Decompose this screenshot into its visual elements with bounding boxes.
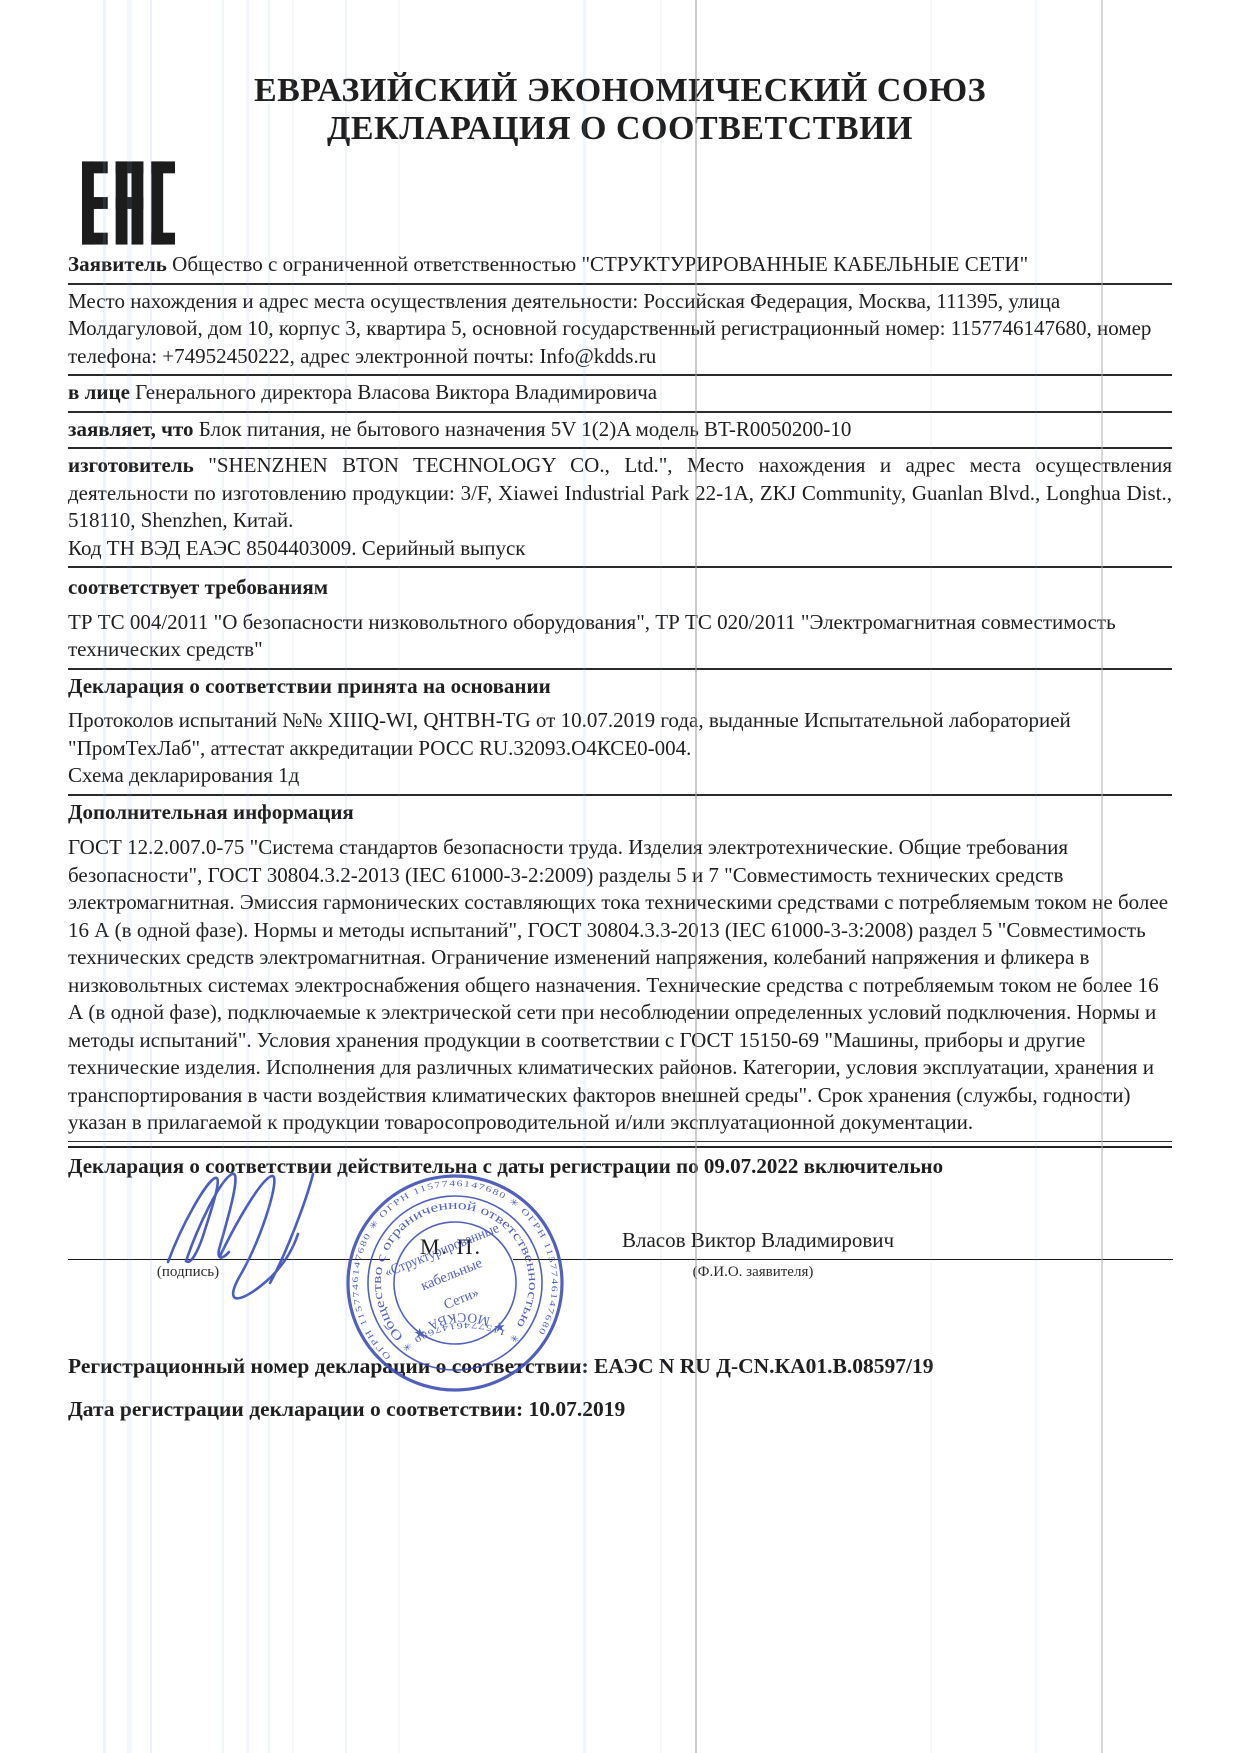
manufacturer-row: изготовитель "SHENZHEN BTON TECHNOLOGY C… (68, 449, 1172, 568)
declarant-name: Власов Виктор Владимирович (548, 1228, 968, 1253)
document-title: ЕВРАЗИЙСКИЙ ЭКОНОМИЧЕСКИЙ СОЮЗ ДЕКЛАРАЦИ… (68, 72, 1172, 148)
basis-text: Протоколов испытаний №№ XIIIQ-WI, QHTBH-… (68, 707, 1172, 762)
registration-number-line: Регистрационный номер декларации о соотв… (68, 1352, 1172, 1380)
additional-text-row: ГОСТ 12.2.007.0-75 "Система стандартов б… (68, 830, 1172, 1142)
manufacturer-label: изготовитель (68, 453, 194, 477)
address-text: Место нахождения и адрес места осуществл… (68, 288, 1172, 371)
additional-text: ГОСТ 12.2.007.0-75 "Система стандартов б… (68, 834, 1172, 1137)
registration-date-line: Дата регистрации декларации о соответств… (68, 1395, 1172, 1423)
title-line-1: ЕВРАЗИЙСКИЙ ЭКОНОМИЧЕСКИЙ СОЮЗ (68, 72, 1172, 110)
in-person-row: в лице Генерального директора Власова Ви… (68, 376, 1172, 413)
complies-text: ТР ТС 004/2011 "О безопасности низковоль… (68, 609, 1172, 664)
basis-header-row: Декларация о соответствии принята на осн… (68, 670, 1172, 705)
signature-block: М. П. (подпись) Власов Виктор Владимиров… (68, 1184, 1172, 1346)
additional-label: Дополнительная информация (68, 799, 1172, 827)
applicant-row: Заявитель Общество с ограниченной ответс… (68, 248, 1172, 285)
complies-header-row: соответствует требованиям (68, 568, 1172, 606)
applicant-label: Заявитель (68, 252, 167, 276)
complies-text-row: ТР ТС 004/2011 "О безопасности низковоль… (68, 606, 1172, 670)
company-stamp: ОГРН 1157746147680 ✳ ОГРН 1157746147680 … (330, 1158, 579, 1407)
handwritten-signature (120, 1164, 360, 1314)
complies-label: соответствует требованиям (68, 574, 1172, 602)
title-line-2: ДЕКЛАРАЦИЯ О СООТВЕТСТВИИ (68, 110, 1172, 148)
declares-label: заявляет, что (68, 417, 193, 441)
manufacturer-text: "SHENZHEN BTON TECHNOLOGY CO., Ltd.", Ме… (68, 453, 1172, 532)
basis-label: Декларация о соответствии принята на осн… (68, 673, 1172, 701)
declaration-page: ЕВРАЗИЙСКИЙ ЭКОНОМИЧЕСКИЙ СОЮЗ ДЕКЛАРАЦИ… (0, 0, 1240, 1753)
applicant-text: Общество с ограниченной ответственностью… (172, 252, 1028, 276)
declares-row: заявляет, что Блок питания, не бытового … (68, 413, 1172, 450)
declarant-caption: (Ф.И.О. заявителя) (588, 1264, 918, 1281)
stamp-center-line3: Сети» (442, 1285, 481, 1313)
additional-header-row: Дополнительная информация (68, 796, 1172, 831)
scheme-text: Схема декларирования 1д (68, 762, 1172, 790)
basis-text-row: Протоколов испытаний №№ XIIIQ-WI, QHTBH-… (68, 704, 1172, 796)
in-person-label: в лице (68, 380, 130, 404)
in-person-text: Генерального директора Власова Виктора В… (135, 380, 657, 404)
address-row: Место нахождения и адрес места осуществл… (68, 285, 1172, 377)
declares-text: Блок питания, не бытового назначения 5V … (199, 417, 852, 441)
tn-ved-text: Код ТН ВЭД ЕАЭС 8504403009. Серийный вып… (68, 535, 1172, 563)
declarant-line (513, 1259, 1173, 1260)
